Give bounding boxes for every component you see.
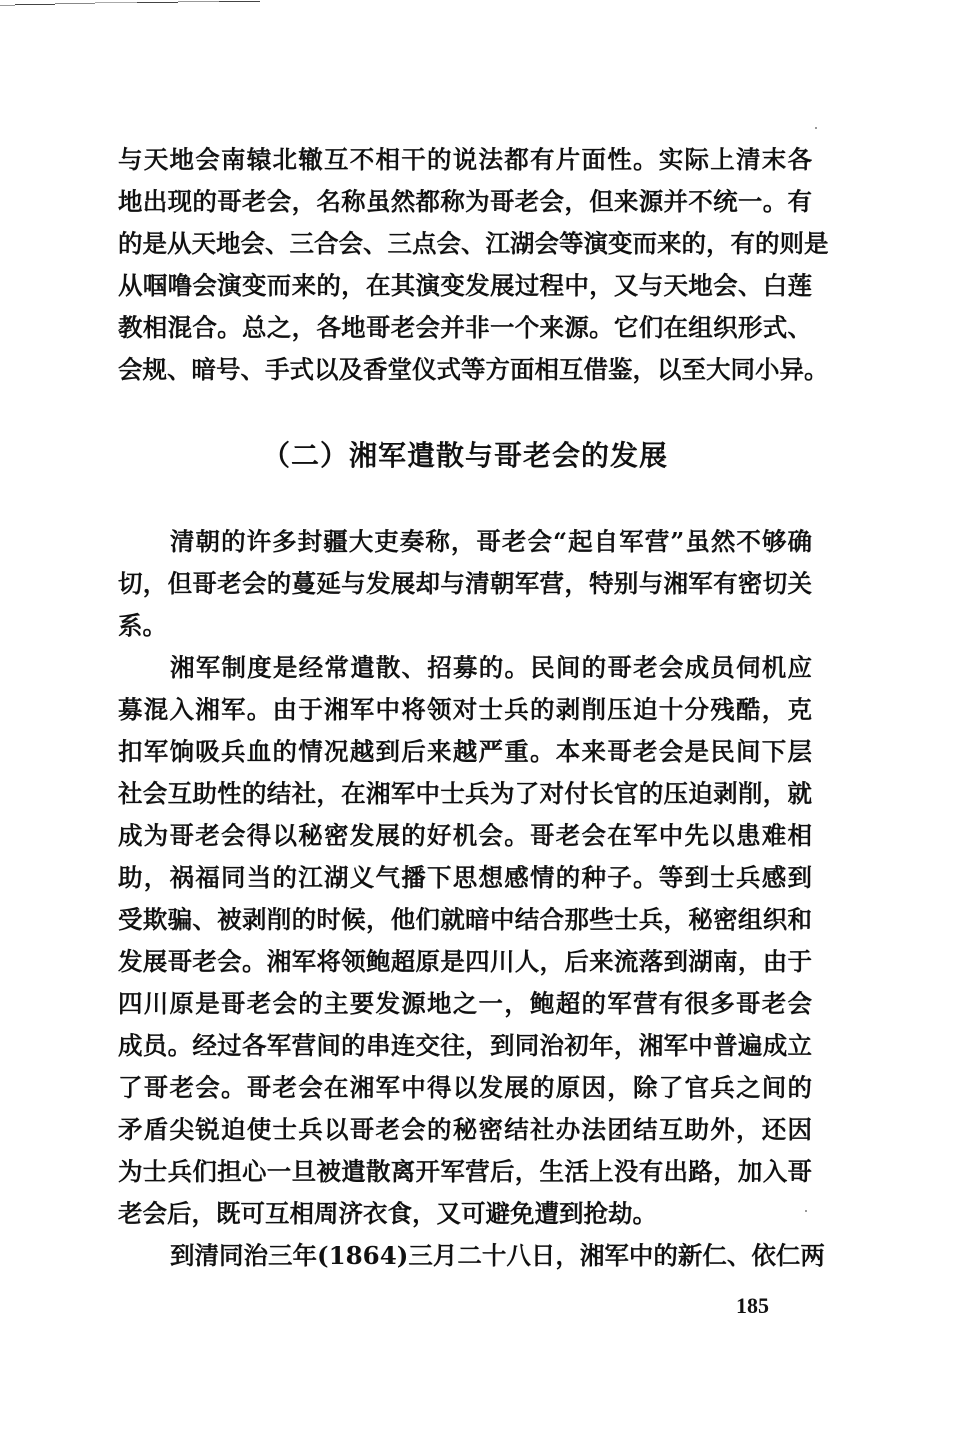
text-line: 老会后，既可互相周济衣食，又可避免遭到抢劫。 xyxy=(118,1197,812,1231)
text-line: 矛盾尖锐迫使士兵以哥老会的秘密结社办法团结互助外，还因 xyxy=(118,1113,812,1147)
page-number: 185 xyxy=(736,1292,769,1320)
text-line: 湘军制度是经常遣散、招募的。民间的哥老会成员伺机应 xyxy=(170,651,812,685)
text-line: 的是从天地会、三合会、三点会、江湖会等演变而来的，有的则是 xyxy=(118,227,812,261)
text-line: 从啯噜会演变而来的，在其演变发展过程中，又与天地会、白莲 xyxy=(118,269,812,303)
text-line: 成员。经过各军营间的串连交往，到同治初年，湘军中普遍成立 xyxy=(118,1029,812,1063)
text-line: 为士兵们担心一旦被遣散离开军营后，生活上没有出路，加入哥 xyxy=(118,1155,812,1189)
text-line: 清朝的许多封疆大吏奏称，哥老会“起自军营”虽然不够确 xyxy=(170,525,812,559)
text-line: 会规、暗号、手式以及香堂仪式等方面相互借鉴，以至大同小异。 xyxy=(118,353,812,387)
text-line: 扣军饷吸兵血的情况越到后来越严重。本来哥老会是民间下层 xyxy=(118,735,812,769)
text-line: 切，但哥老会的蔓延与发展却与清朝军营，特别与湘军有密切关 xyxy=(118,567,812,601)
text-line: 到清同治三年(1864)三月二十八日，湘军中的新仁、依仁两 xyxy=(170,1239,812,1273)
text-line: 受欺骗、被剥削的时候，他们就暗中结合那些士兵，秘密组织和 xyxy=(118,903,812,937)
scan-speck xyxy=(815,127,817,129)
text-line: 四川原是哥老会的主要发源地之一，鲍超的军营有很多哥老会 xyxy=(118,987,812,1021)
text-line: 了哥老会。哥老会在湘军中得以发展的原因，除了官兵之间的 xyxy=(118,1071,812,1105)
text-line: 教相混合。总之，各地哥老会并非一个来源。它们在组织形式、 xyxy=(118,311,812,345)
section-heading: （二）湘军遣散与哥老会的发展 xyxy=(118,438,812,474)
text-line: 发展哥老会。湘军将领鲍超原是四川人，后来流落到湖南，由于 xyxy=(118,945,812,979)
scan-edge-artifact xyxy=(0,0,260,6)
text-line: 地出现的哥老会，名称虽然都称为哥老会，但来源并不统一。有 xyxy=(118,185,812,219)
text-line: 系。 xyxy=(118,609,812,643)
text-line: 社会互助性的结社，在湘军中士兵为了对付长官的压迫剥削，就 xyxy=(118,777,812,811)
text-line: 与天地会南辕北辙互不相干的说法都有片面性。实际上清末各 xyxy=(118,143,812,177)
text-line: 助，祸福同当的江湖义气播下思想感情的种子。等到士兵感到 xyxy=(118,861,812,895)
text-line: 募混入湘军。由于湘军中将领对士兵的剥削压迫十分残酷，克 xyxy=(118,693,812,727)
text-line: 成为哥老会得以秘密发展的好机会。哥老会在军中先以患难相 xyxy=(118,819,812,853)
